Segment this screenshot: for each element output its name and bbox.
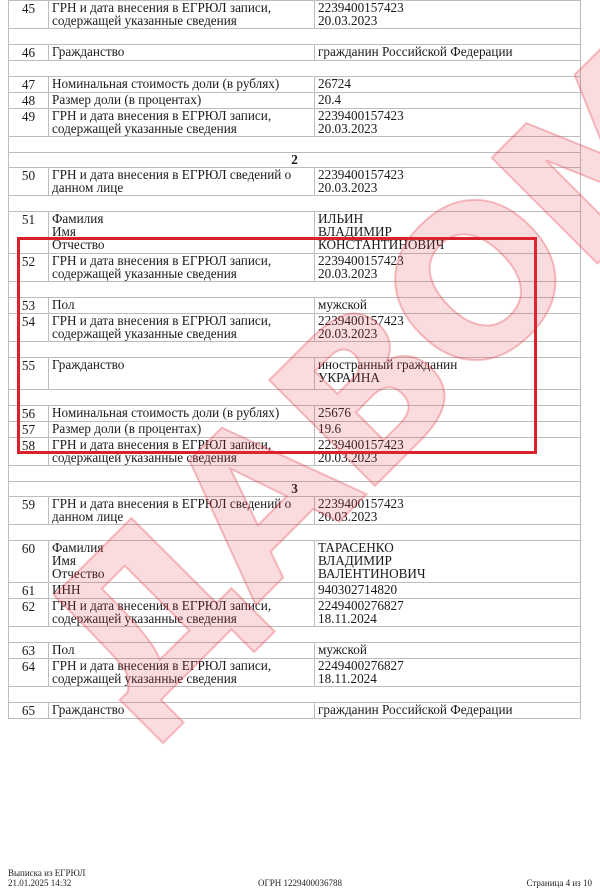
table-row: 60Фамилия Имя ОтчествоТАРАСЕНКО ВЛАДИМИР… — [9, 541, 581, 583]
row-value: ТАРАСЕНКО ВЛАДИМИР ВАЛЕНТИНОВИЧ — [315, 541, 581, 583]
row-label: Пол — [49, 298, 315, 314]
table-row: 47Номинальная стоимость доли (в рублях)2… — [9, 77, 581, 93]
footer-left: Выписка из ЕГРЮЛ 21.01.2025 14:32 — [8, 868, 85, 888]
table-body: 45ГРН и дата внесения в ЕГРЮЛ записи, со… — [9, 1, 581, 719]
row-label: Номинальная стоимость доли (в рублях) — [49, 77, 315, 93]
row-value: гражданин Российской Федерации — [315, 703, 581, 719]
row-value: 2239400157423 20.03.2023 — [315, 438, 581, 466]
spacer-cell — [9, 29, 581, 45]
row-value: иностранный гражданин УКРАИНА — [315, 358, 581, 390]
table-row: 59ГРН и дата внесения в ЕГРЮЛ сведений о… — [9, 497, 581, 525]
spacer-cell — [9, 627, 581, 643]
spacer-row — [9, 466, 581, 482]
table-row: 61ИНН940302714820 — [9, 583, 581, 599]
egrul-extract-table: 45ГРН и дата внесения в ЕГРЮЛ записи, со… — [8, 0, 581, 719]
row-value: 25676 — [315, 406, 581, 422]
spacer-row — [9, 687, 581, 703]
table-row: 54ГРН и дата внесения в ЕГРЮЛ записи, со… — [9, 314, 581, 342]
row-number: 45 — [9, 1, 49, 29]
row-label: Гражданство — [49, 358, 315, 390]
table-row: 45ГРН и дата внесения в ЕГРЮЛ записи, со… — [9, 1, 581, 29]
spacer-cell — [9, 466, 581, 482]
row-number: 53 — [9, 298, 49, 314]
spacer-cell — [9, 390, 581, 406]
spacer-cell — [9, 61, 581, 77]
spacer-row — [9, 525, 581, 541]
row-label: ГРН и дата внесения в ЕГРЮЛ сведений о д… — [49, 497, 315, 525]
row-value: гражданин Российской Федерации — [315, 45, 581, 61]
row-label: Размер доли (в процентах) — [49, 93, 315, 109]
row-label: ГРН и дата внесения в ЕГРЮЛ сведений о д… — [49, 168, 315, 196]
row-label: ГРН и дата внесения в ЕГРЮЛ записи, соде… — [49, 254, 315, 282]
spacer-cell — [9, 525, 581, 541]
row-label: ГРН и дата внесения в ЕГРЮЛ записи, соде… — [49, 659, 315, 687]
table-row: 63Полмужской — [9, 643, 581, 659]
row-number: 48 — [9, 93, 49, 109]
row-number: 63 — [9, 643, 49, 659]
row-number: 49 — [9, 109, 49, 137]
row-number: 46 — [9, 45, 49, 61]
row-number: 56 — [9, 406, 49, 422]
row-number: 47 — [9, 77, 49, 93]
spacer-cell — [9, 282, 581, 298]
row-label: Гражданство — [49, 703, 315, 719]
row-value: мужской — [315, 298, 581, 314]
table-row: 46Гражданствогражданин Российской Федера… — [9, 45, 581, 61]
row-label: Номинальная стоимость доли (в рублях) — [49, 406, 315, 422]
spacer-row — [9, 342, 581, 358]
row-value: 2249400276827 18.11.2024 — [315, 599, 581, 627]
row-label: Фамилия Имя Отчество — [49, 541, 315, 583]
row-number: 60 — [9, 541, 49, 583]
row-label: Пол — [49, 643, 315, 659]
footer-datetime: 21.01.2025 14:32 — [8, 878, 85, 888]
row-value: 2239400157423 20.03.2023 — [315, 314, 581, 342]
spacer-cell — [9, 196, 581, 212]
row-value: 940302714820 — [315, 583, 581, 599]
footer-doc-title: Выписка из ЕГРЮЛ — [8, 868, 85, 878]
table-row: 50ГРН и дата внесения в ЕГРЮЛ сведений о… — [9, 168, 581, 196]
row-label: Фамилия Имя Отчество — [49, 212, 315, 254]
row-number: 62 — [9, 599, 49, 627]
table-row: 51Фамилия Имя ОтчествоИЛЬИН ВЛАДИМИР КОН… — [9, 212, 581, 254]
table-row: 56Номинальная стоимость доли (в рублях)2… — [9, 406, 581, 422]
row-label: ГРН и дата внесения в ЕГРЮЛ записи, соде… — [49, 109, 315, 137]
table-row: 62ГРН и дата внесения в ЕГРЮЛ записи, со… — [9, 599, 581, 627]
spacer-row — [9, 627, 581, 643]
row-value: 20.4 — [315, 93, 581, 109]
row-label: Гражданство — [49, 45, 315, 61]
row-label: ГРН и дата внесения в ЕГРЮЛ записи, соде… — [49, 599, 315, 627]
row-number: 65 — [9, 703, 49, 719]
row-label: ГРН и дата внесения в ЕГРЮЛ записи, соде… — [49, 438, 315, 466]
row-label: ГРН и дата внесения в ЕГРЮЛ записи, соде… — [49, 314, 315, 342]
row-number: 59 — [9, 497, 49, 525]
table-row: 52ГРН и дата внесения в ЕГРЮЛ записи, со… — [9, 254, 581, 282]
spacer-cell — [9, 342, 581, 358]
row-number: 55 — [9, 358, 49, 390]
spacer-row — [9, 29, 581, 45]
table-row: 48Размер доли (в процентах)20.4 — [9, 93, 581, 109]
row-label: ГРН и дата внесения в ЕГРЮЛ записи, соде… — [49, 1, 315, 29]
row-value: 26724 — [315, 77, 581, 93]
row-number: 51 — [9, 212, 49, 254]
row-number: 61 — [9, 583, 49, 599]
footer-ogrn: ОГРН 1229400036788 — [258, 878, 342, 888]
row-value: ИЛЬИН ВЛАДИМИР КОНСТАНТИНОВИЧ — [315, 212, 581, 254]
spacer-cell — [9, 687, 581, 703]
row-value: 2249400276827 18.11.2024 — [315, 659, 581, 687]
row-number: 64 — [9, 659, 49, 687]
section-header-row: 2 — [9, 153, 581, 168]
footer-page-number: Страница 4 из 10 — [527, 878, 593, 888]
row-value: 19.6 — [315, 422, 581, 438]
spacer-row — [9, 61, 581, 77]
spacer-row — [9, 282, 581, 298]
row-number: 50 — [9, 168, 49, 196]
table-row: 65Гражданствогражданин Российской Федера… — [9, 703, 581, 719]
table-row: 49ГРН и дата внесения в ЕГРЮЛ записи, со… — [9, 109, 581, 137]
section-header-row: 3 — [9, 482, 581, 497]
row-label: Размер доли (в процентах) — [49, 422, 315, 438]
row-label: ИНН — [49, 583, 315, 599]
table-row: 55Гражданствоиностранный гражданин УКРАИ… — [9, 358, 581, 390]
row-value: 2239400157423 20.03.2023 — [315, 497, 581, 525]
row-value: 2239400157423 20.03.2023 — [315, 254, 581, 282]
table-row: 53Полмужской — [9, 298, 581, 314]
table-row: 64ГРН и дата внесения в ЕГРЮЛ записи, со… — [9, 659, 581, 687]
table-row: 58ГРН и дата внесения в ЕГРЮЛ записи, со… — [9, 438, 581, 466]
row-number: 54 — [9, 314, 49, 342]
row-value: 2239400157423 20.03.2023 — [315, 168, 581, 196]
row-number: 57 — [9, 422, 49, 438]
spacer-row — [9, 137, 581, 153]
row-number: 58 — [9, 438, 49, 466]
row-value: 2239400157423 20.03.2023 — [315, 109, 581, 137]
row-value: 2239400157423 20.03.2023 — [315, 1, 581, 29]
spacer-cell — [9, 137, 581, 153]
spacer-row — [9, 390, 581, 406]
table-row: 57Размер доли (в процентах)19.6 — [9, 422, 581, 438]
spacer-row — [9, 196, 581, 212]
row-number: 52 — [9, 254, 49, 282]
section-number: 3 — [9, 482, 581, 497]
row-value: мужской — [315, 643, 581, 659]
section-number: 2 — [9, 153, 581, 168]
